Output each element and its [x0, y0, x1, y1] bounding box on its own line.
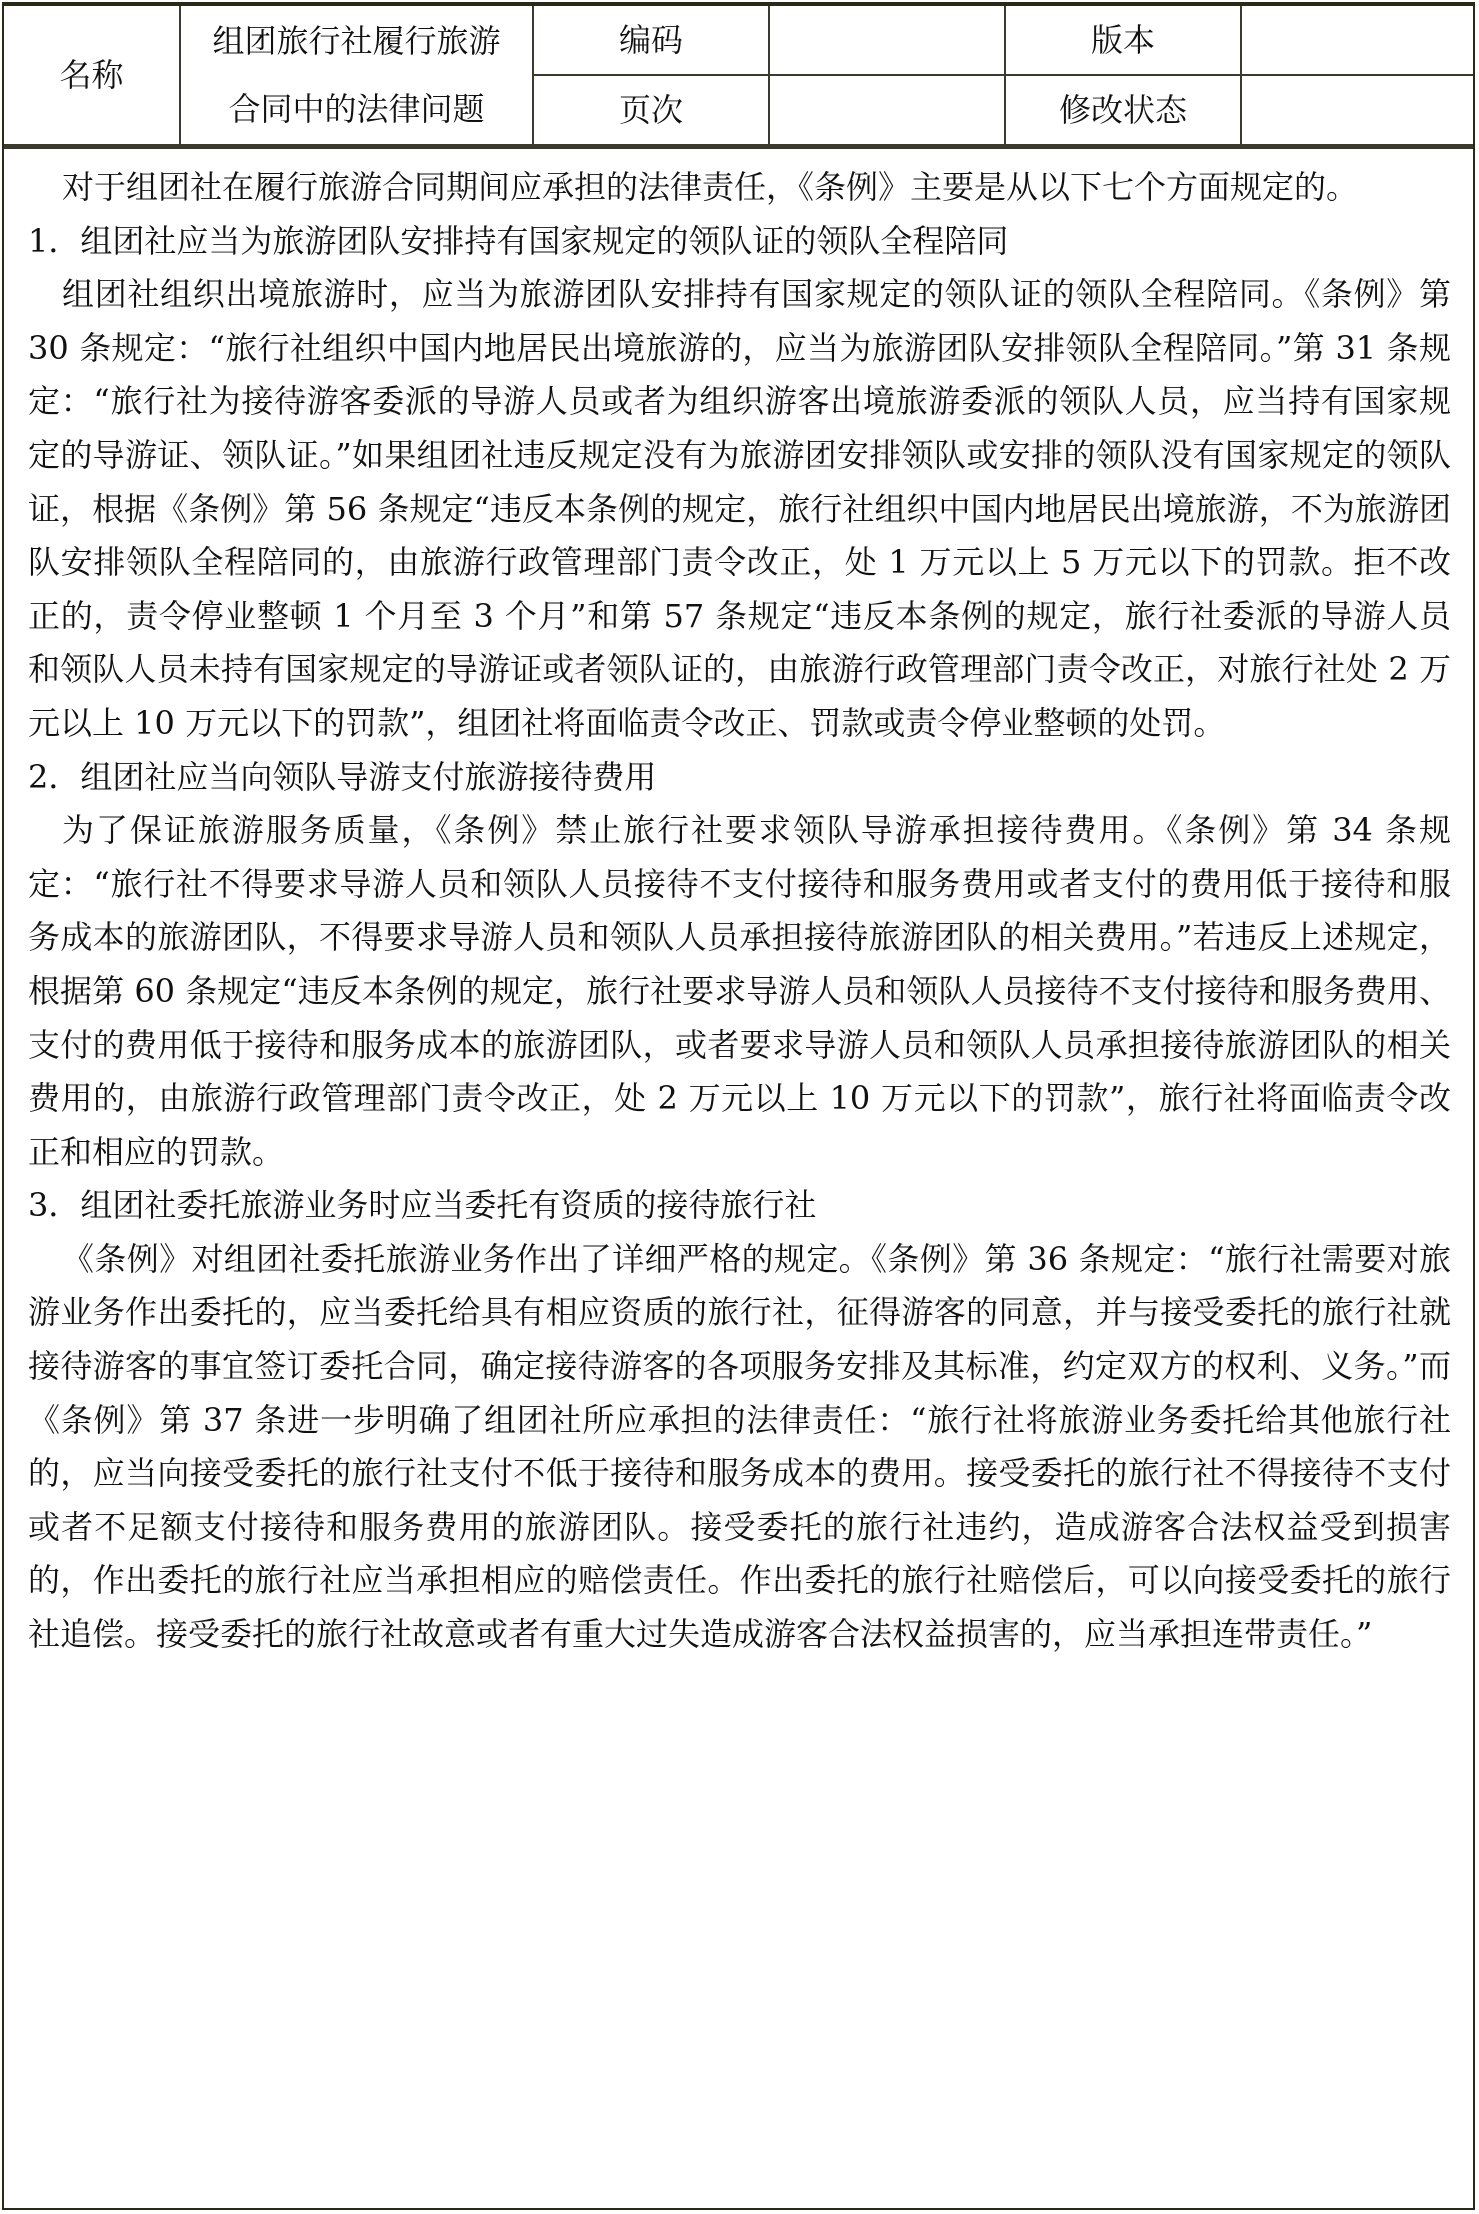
- code-label: 编码: [533, 6, 769, 75]
- title-line-1: 组团旅行社履行旅游: [181, 7, 532, 75]
- intro-paragraph: 对于组团社在履行旅游合同期间应承担的法律责任，《条例》主要是从以下七个方面规定的…: [28, 161, 1451, 215]
- section-heading-3: 3．组团社委托旅游业务时应当委托有资质的接待旅行社: [28, 1179, 1451, 1233]
- page-value: [769, 75, 1005, 145]
- section-heading-1: 1．组团社应当为旅游团队安排持有国家规定的领队证的领队全程陪同: [28, 215, 1451, 269]
- page-label: 页次: [533, 75, 769, 145]
- document-title: 组团旅行社履行旅游 合同中的法律问题: [180, 6, 533, 145]
- section-paragraph-2: 为了保证旅游服务质量，《条例》禁止旅行社要求领队导游承担接待费用。《条例》第 3…: [28, 804, 1451, 1179]
- section-heading-2: 2．组团社应当向领队导游支付旅游接待费用: [28, 751, 1451, 805]
- section-paragraph-1: 组团社组织出境旅游时，应当为旅游团队安排持有国家规定的领队证的领队全程陪同。《条…: [28, 268, 1451, 750]
- document-header-table: 名称 组团旅行社履行旅游 合同中的法律问题 编码 版本 页次 修改状态: [4, 6, 1473, 146]
- name-label: 名称: [4, 6, 180, 145]
- code-value: [769, 6, 1005, 75]
- document-body: 对于组团社在履行旅游合同期间应承担的法律责任，《条例》主要是从以下七个方面规定的…: [4, 146, 1473, 2208]
- version-value: [1241, 6, 1473, 75]
- version-label: 版本: [1005, 6, 1241, 75]
- document-page: 名称 组团旅行社履行旅游 合同中的法律问题 编码 版本 页次 修改状态 对于组团…: [2, 2, 1475, 2210]
- section-paragraph-3: 《条例》对组团社委托旅游业务作出了详细严格的规定。《条例》第 36 条规定：“旅…: [28, 1233, 1451, 1662]
- title-line-2: 合同中的法律问题: [181, 75, 532, 143]
- revision-label: 修改状态: [1005, 75, 1241, 145]
- revision-value: [1241, 75, 1473, 145]
